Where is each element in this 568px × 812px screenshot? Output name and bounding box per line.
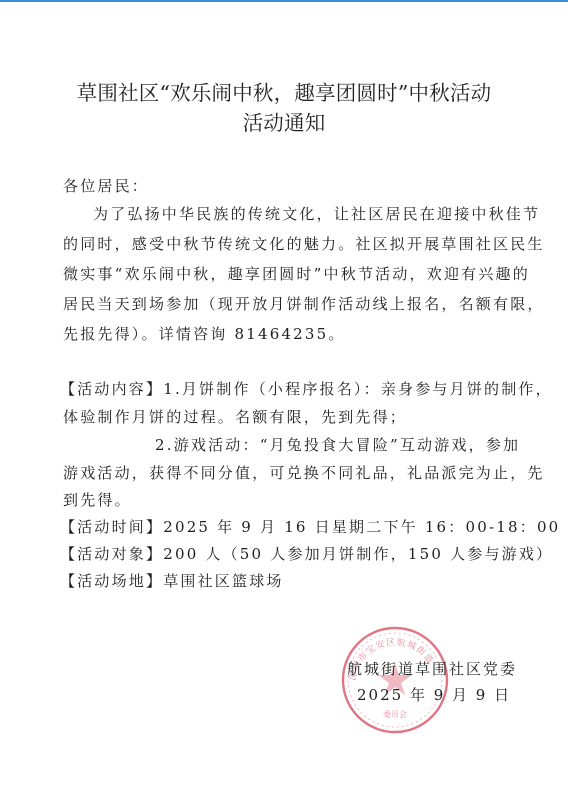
salutation: 各位居民： xyxy=(63,176,149,196)
signature-date: 2025 年 9 月 9 日 xyxy=(357,684,511,705)
intro-line-3: 微实事“欢乐闹中秋，趣享团圆时”中秋节活动，欢迎有兴趣的 xyxy=(63,264,530,284)
activity-content-line-3: 2.游戏活动：“月兔投食大冒险”互动游戏，参加 xyxy=(155,435,520,455)
activity-content-line-2: 体验制作月饼的过程。名额有限，先到先得； xyxy=(63,407,407,427)
activity-venue: 【活动场地】草围社区篮球场 xyxy=(60,571,284,591)
official-seal-icon: 深圳市宝安区航城街道 委员会 xyxy=(340,625,450,735)
activity-content-line-5: 到先得。 xyxy=(63,490,132,510)
top-accent-line xyxy=(0,0,568,2)
intro-line-4: 居民当天到场参加（现开放月饼制作活动线上报名，名额有限， xyxy=(63,294,545,314)
notice-title: 草围社区“欢乐闹中秋，趣享团圆时”中秋活动 xyxy=(0,78,568,108)
activity-audience: 【活动对象】200 人（50 人参加月饼制作，150 人参与游戏） xyxy=(60,544,553,564)
activity-content-line-4: 游戏活动，获得不同分值，可兑换不同礼品，礼品派完为止，先 xyxy=(63,463,545,483)
intro-line-5: 先报先得）。详情咨询 81464235。 xyxy=(63,324,346,344)
activity-content-line-1: 【活动内容】1.月饼制作（小程序报名）：亲身参与月饼的制作， xyxy=(60,379,553,399)
intro-line-1: 为了弘扬中华民族的传统文化，让社区居民在迎接中秋佳节 xyxy=(93,204,540,224)
signature-organization: 航城街道草围社区党委 xyxy=(347,658,517,679)
activity-time: 【活动时间】2025 年 9 月 16 日星期二下午 16：00-18：00 xyxy=(60,517,560,537)
svg-text:委员会: 委员会 xyxy=(383,709,407,719)
notice-subtitle: 活动通知 xyxy=(0,108,568,138)
intro-line-2: 的同时，感受中秋节传统文化的魅力。社区拟开展草围社区民生 xyxy=(63,234,545,254)
